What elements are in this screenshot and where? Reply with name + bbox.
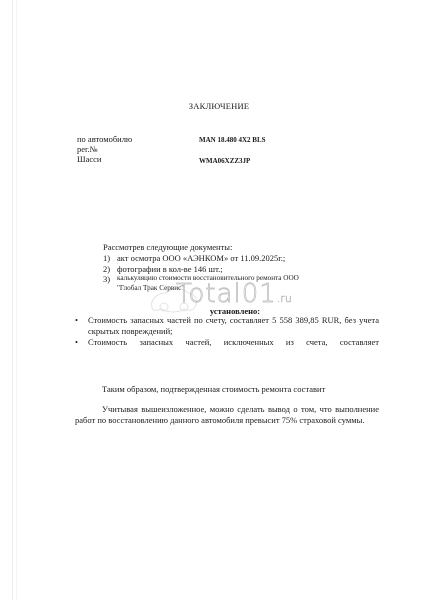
list-number: 3) <box>103 274 117 293</box>
scan-edge-line <box>16 0 17 600</box>
findings-list: • Стоимость запасных частей по счету, со… <box>75 315 379 349</box>
vehicle-label: по автомобилю <box>77 134 132 144</box>
list-number: 2) <box>103 264 117 275</box>
chassis-label: Шасси <box>77 154 101 164</box>
scan-edge-line <box>12 0 13 600</box>
chassis-value: WMA06XZZ3JP <box>199 156 250 166</box>
bullet-icon: • <box>75 315 78 326</box>
finding-text: Стоимость запасных частей по счету, сост… <box>88 315 379 336</box>
list-number: 1) <box>103 253 117 264</box>
list-text: фотографии в кол-ве 146 шт.; <box>117 264 223 275</box>
reviewed-documents-list: 1) акт осмотра ООО «АЭНКОМ» от 11.09.202… <box>103 253 318 293</box>
conclusion-text: Учитывая вышеизложенное, можно сделать в… <box>75 404 379 425</box>
reg-number-label: рег.№ <box>77 144 98 154</box>
list-item: 2) фотографии в кол-ве 146 шт.; <box>103 264 318 275</box>
list-item: • Стоимость запасных частей, исключенных… <box>75 337 379 348</box>
bullet-icon: • <box>75 337 78 348</box>
list-item: 1) акт осмотра ООО «АЭНКОМ» от 11.09.202… <box>103 253 318 264</box>
list-item: • Стоимость запасных частей по счету, со… <box>75 315 379 336</box>
list-text: акт осмотра ООО «АЭНКОМ» от 11.09.2025г.… <box>117 253 285 264</box>
scanned-document-page: ЗАКЛЮЧЕНИЕ по автомобилю рег.№ Шасси MAN… <box>0 0 438 600</box>
documents-intro: Рассмотрев следующие документы: <box>103 242 232 252</box>
watermark-suffix: .ru <box>277 292 292 305</box>
list-text: калькуляцию стоимости восстановительного… <box>117 274 318 293</box>
list-item: 3) калькуляцию стоимости восстановительн… <box>103 274 318 293</box>
summary-text: Таким образом, подтвержденная стоимость … <box>102 384 325 394</box>
vehicle-model-value: MAN 18.480 4X2 BLS <box>199 135 266 145</box>
finding-text: Стоимость запасных частей, исключенных и… <box>88 337 379 347</box>
document-title: ЗАКЛЮЧЕНИЕ <box>0 101 438 111</box>
